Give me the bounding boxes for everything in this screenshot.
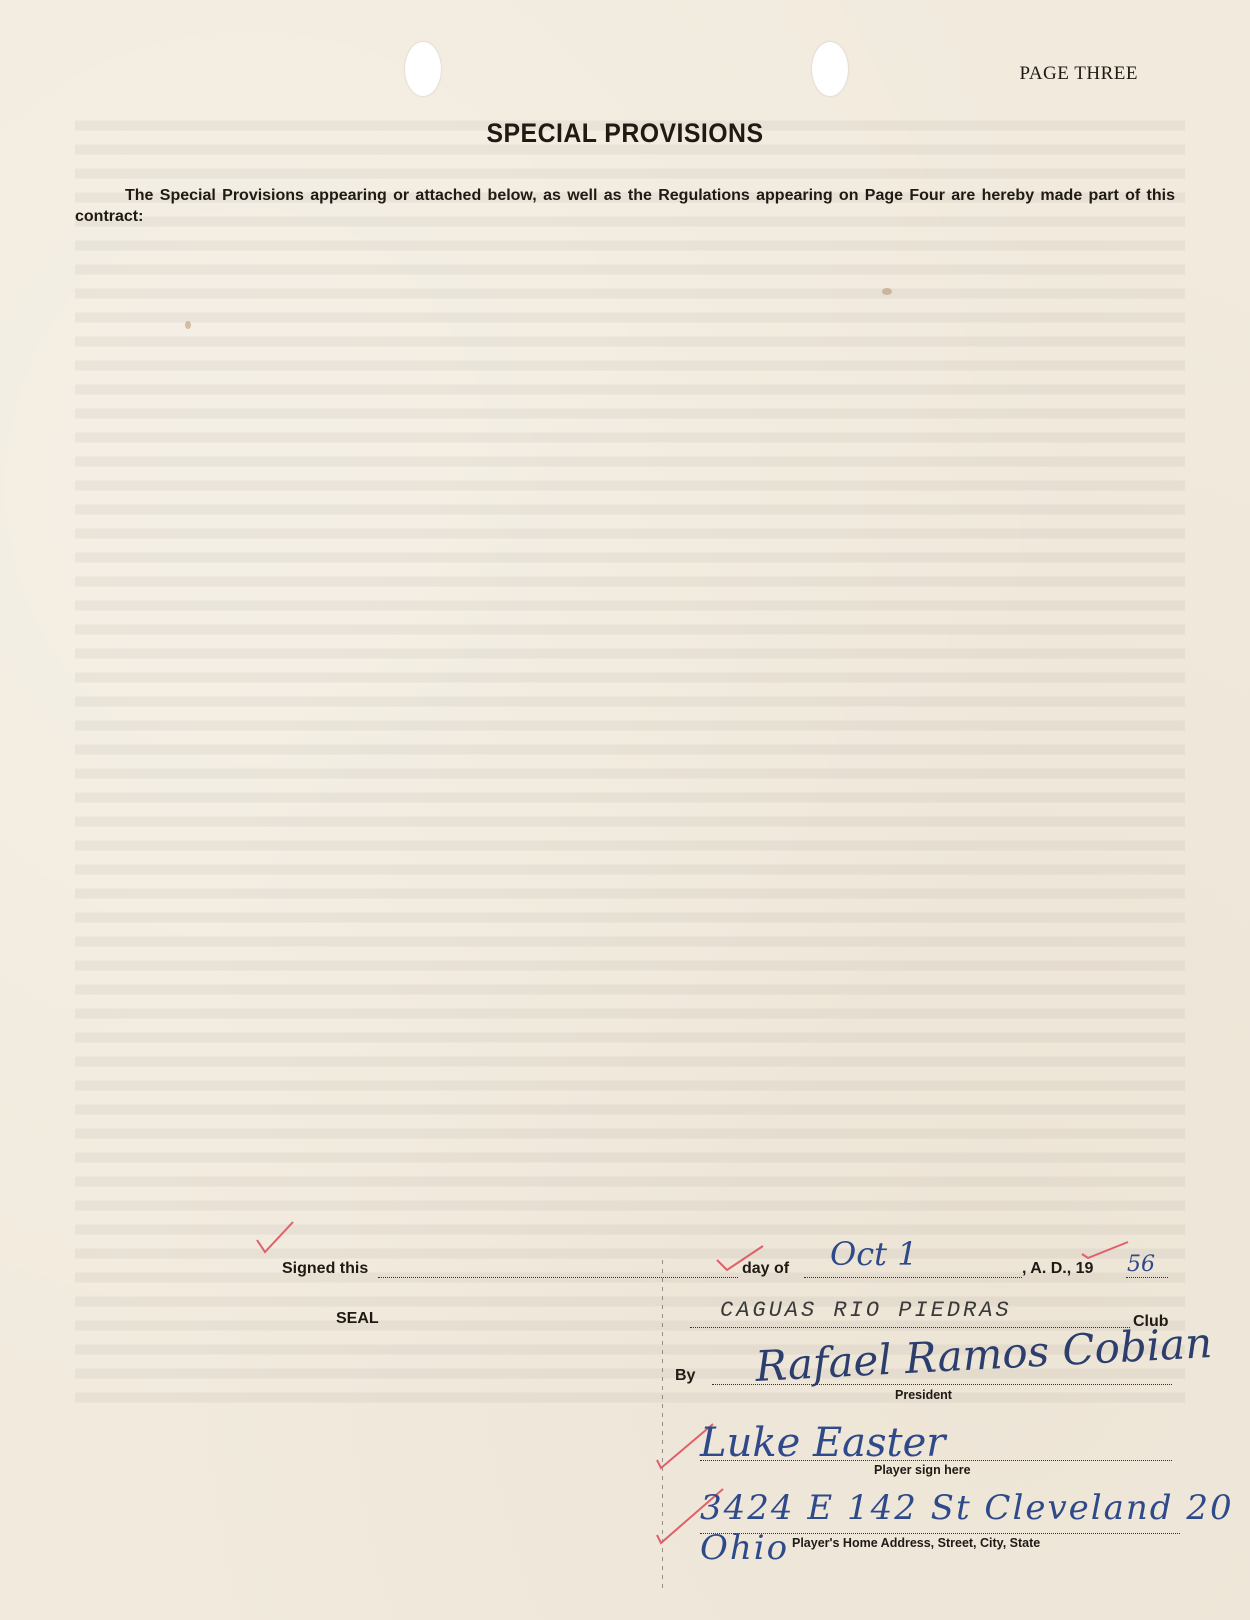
bleed-through-text: [75, 112, 1185, 1412]
page-number: PAGE THREE: [1020, 63, 1139, 85]
stain: [185, 321, 191, 329]
month-line: [804, 1277, 1022, 1278]
year-handwritten: 56: [1127, 1252, 1155, 1277]
day-of-label: day of: [742, 1260, 789, 1278]
signed-day-line: [378, 1277, 738, 1278]
intro-paragraph: The Special Provisions appearing or atta…: [75, 185, 1175, 227]
player-signature-line: [700, 1460, 1172, 1461]
president-label: President: [895, 1388, 952, 1402]
signed-this-label: Signed this: [282, 1260, 368, 1278]
punch-hole: [812, 42, 848, 96]
page-title: SPECIAL PROVISIONS: [50, 118, 1200, 149]
player-sign-label: Player sign here: [874, 1463, 971, 1477]
stain: [882, 288, 892, 295]
check-mark-icon: [1080, 1240, 1130, 1260]
anno-domini-label: , A. D., 19: [1022, 1260, 1093, 1278]
check-mark-icon: [255, 1218, 295, 1258]
address-handwritten: 3424 E 142 St Cleveland 20 Ohio: [700, 1488, 1250, 1568]
punch-hole: [405, 42, 441, 96]
president-signature-line: [712, 1384, 1172, 1385]
month-handwritten: Oct 1: [830, 1235, 918, 1273]
address-label: Player's Home Address, Street, City, Sta…: [792, 1536, 1040, 1550]
club-name-stamp: CAGUAS RIO PIEDRAS: [720, 1298, 1012, 1323]
address-line: [700, 1533, 1180, 1534]
seal-label: SEAL: [336, 1310, 379, 1328]
by-label: By: [675, 1367, 695, 1385]
year-line: [1126, 1277, 1168, 1278]
